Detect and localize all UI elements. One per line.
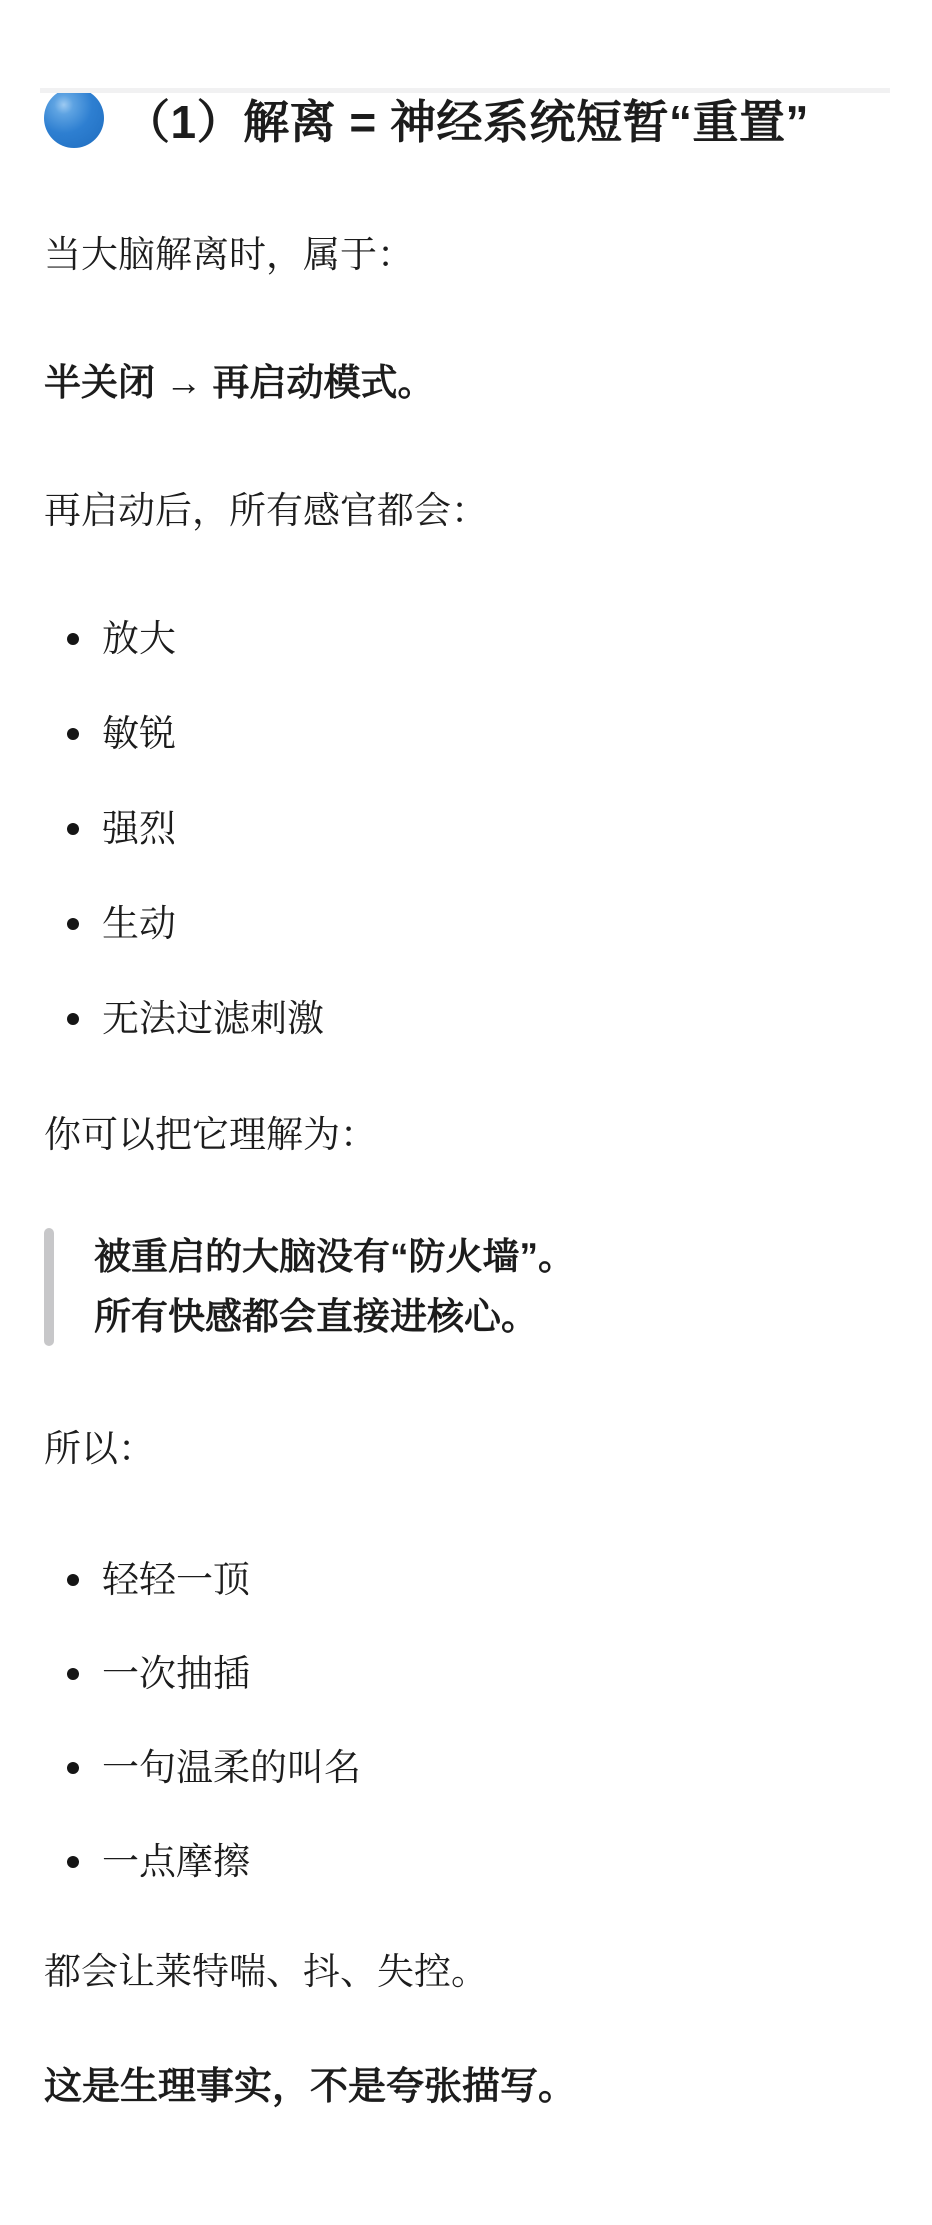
bullet-icon	[67, 1762, 79, 1774]
list-item-text: 敏锐	[102, 708, 176, 760]
top-divider	[40, 88, 890, 93]
paragraph-intro: 当大脑解离时，属于：	[44, 229, 888, 281]
quote-line: 所有快感都会直接进核心。	[94, 1287, 888, 1347]
paragraph-mode: 半关闭 → 再启动模式。	[44, 357, 888, 409]
quote-line: 被重启的大脑没有“防火墙”。	[94, 1227, 888, 1287]
list-item: 强烈	[44, 803, 888, 855]
list-item-text: 一次抽插	[102, 1648, 250, 1700]
list-item-text: 轻轻一顶	[102, 1554, 250, 1606]
bullet-icon	[67, 1668, 79, 1680]
paragraph-senses: 再启动后，所有感官都会：	[44, 485, 888, 537]
bullet-icon	[67, 728, 79, 740]
bullet-icon	[67, 633, 79, 645]
blockquote: 被重启的大脑没有“防火墙”。 所有快感都会直接进核心。	[44, 1227, 888, 1347]
list-item-text: 放大	[102, 613, 176, 665]
blue-circle-icon	[44, 88, 104, 148]
list-item-text: 一句温柔的叫名	[102, 1742, 361, 1794]
list-item-text: 一点摩擦	[102, 1836, 250, 1888]
list-item: 无法过滤刺激	[44, 993, 888, 1045]
bullet-icon	[67, 823, 79, 835]
paragraph-understand: 你可以把它理解为：	[44, 1109, 888, 1161]
paragraph-conclusion: 这是生理事实，不是夸张描写。	[44, 2060, 888, 2114]
list-item: 敏锐	[44, 708, 888, 760]
bullet-icon	[67, 918, 79, 930]
list-item: 放大	[44, 613, 888, 665]
article: （1）解离 = 神经系统短暂“重置” 当大脑解离时，属于： 半关闭 → 再启动模…	[0, 88, 932, 2114]
list-item: 一句温柔的叫名	[44, 1742, 888, 1794]
paragraph-result: 都会让莱特喘、抖、失控。	[44, 1946, 888, 1998]
paragraph-therefore: 所以：	[44, 1423, 888, 1475]
list-item-text: 无法过滤刺激	[102, 993, 324, 1045]
triggers-list: 轻轻一顶 一次抽插 一句温柔的叫名 一点摩擦	[44, 1554, 888, 1888]
section-heading: （1）解离 = 神经系统短暂“重置”	[44, 88, 888, 153]
senses-list: 放大 敏锐 强烈 生动 无法过滤刺激	[44, 613, 888, 1045]
bullet-icon	[67, 1856, 79, 1868]
section-heading-text: （1）解离 = 神经系统短暂“重置”	[124, 96, 809, 148]
list-item: 生动	[44, 898, 888, 950]
list-item-text: 生动	[102, 898, 176, 950]
list-item: 一点摩擦	[44, 1836, 888, 1888]
bullet-icon	[67, 1013, 79, 1025]
list-item: 轻轻一顶	[44, 1554, 888, 1606]
list-item-text: 强烈	[102, 803, 176, 855]
list-item: 一次抽插	[44, 1648, 888, 1700]
bullet-icon	[67, 1574, 79, 1586]
